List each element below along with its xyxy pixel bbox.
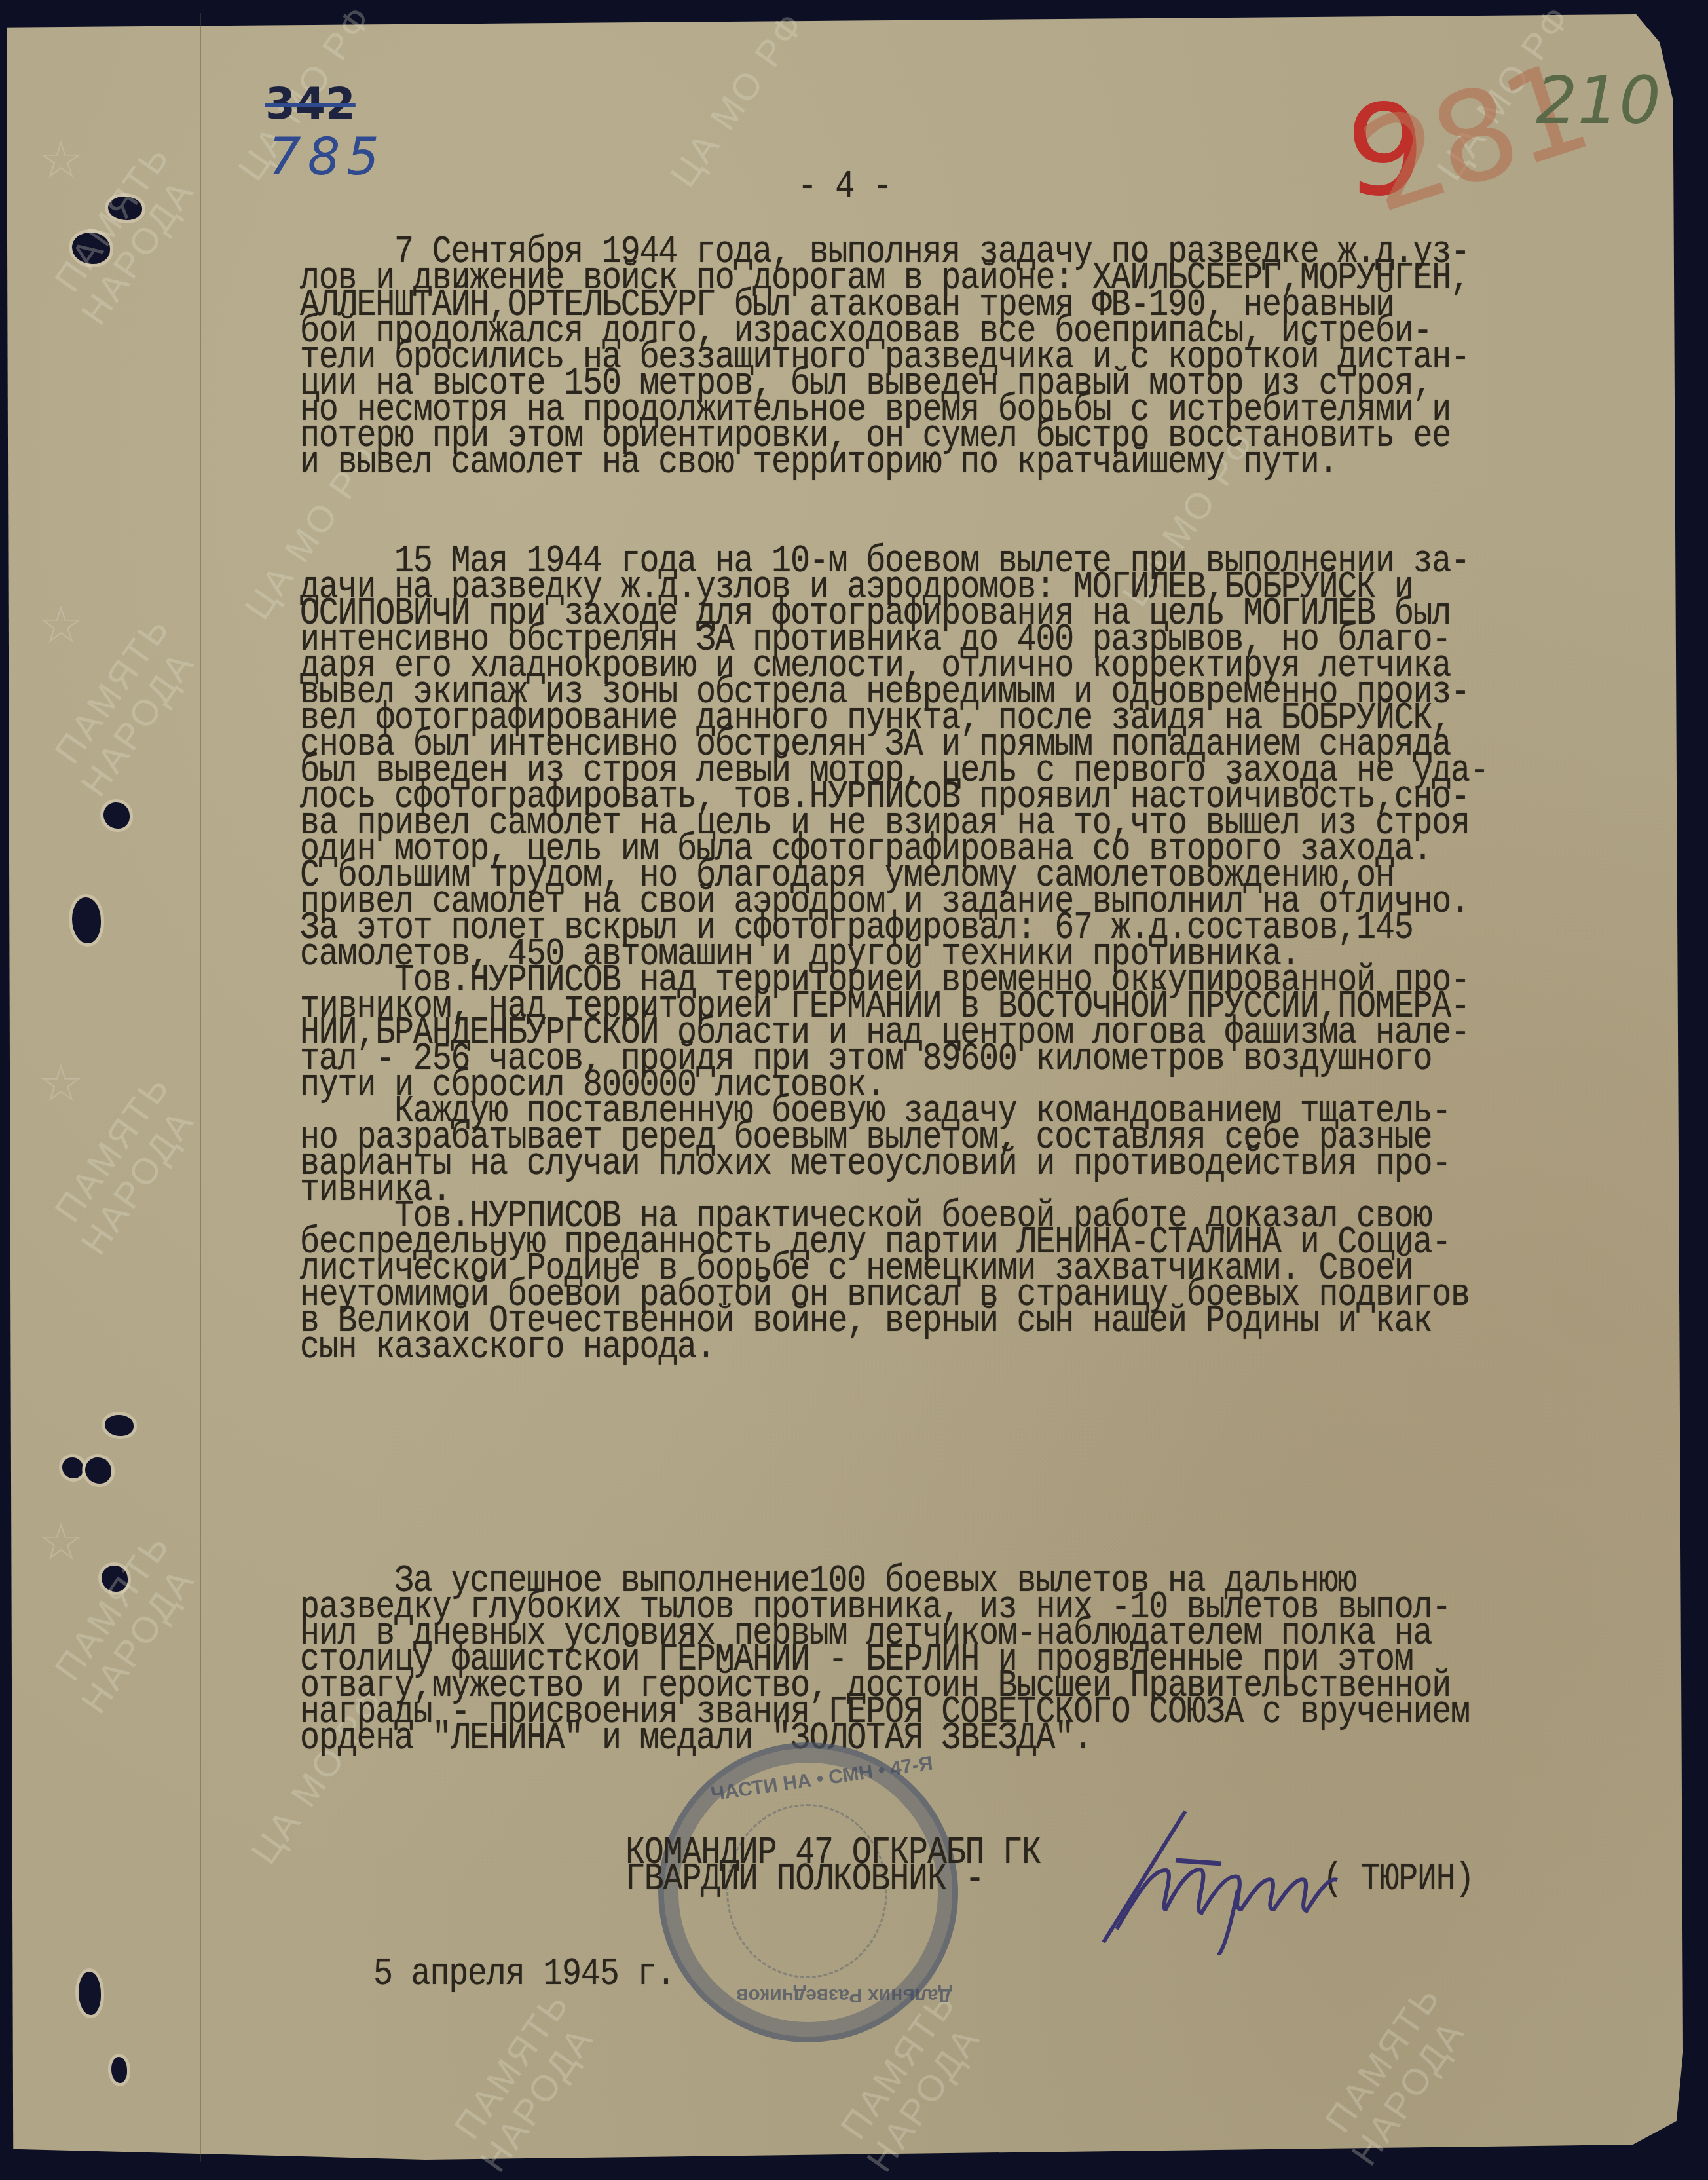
- binder-hole: [105, 1415, 134, 1436]
- text-line: ордена "ЛЕНИНА" и медали "ЗОЛОТАЯ ЗВЕЗДА…: [300, 1720, 1092, 1758]
- binder-hole: [85, 1457, 111, 1484]
- star-watermark-icon: ☆: [39, 1035, 83, 1124]
- star-watermark-icon: ☆: [39, 111, 83, 200]
- binder-hole: [72, 233, 110, 264]
- text-line: и вывел самолет на свою территорию по кр…: [300, 443, 1337, 482]
- document-date: 5 апреля 1945 г.: [373, 1955, 675, 1994]
- binder-hole: [79, 1972, 101, 2015]
- stamp-top-text: ЧАСТИ НА • СМН • 47-Я: [709, 1752, 934, 1805]
- binder-hole: [108, 197, 142, 220]
- binder-hole: [72, 897, 101, 943]
- sheet-number: 785: [269, 128, 386, 187]
- text-line: варианты на случай плохих метеоусловий и…: [300, 1145, 1451, 1184]
- binder-hole: [62, 1457, 83, 1478]
- page-number: - 4 -: [760, 129, 892, 206]
- binder-hole: [103, 802, 130, 829]
- text-line: сын казахского народа.: [300, 1328, 715, 1367]
- binder-hole: [111, 2057, 127, 2083]
- binder-hole: [102, 1566, 128, 1592]
- stamp-bottom-text: Дальних Разведчиков: [736, 1984, 952, 2006]
- signature-title-line2: ГВАРДИИ ПОЛКОВНИК -: [625, 1860, 984, 1899]
- margin-fold-line: [200, 13, 201, 2162]
- star-watermark-icon: ☆: [39, 1494, 83, 1583]
- star-watermark-icon: ☆: [39, 576, 83, 666]
- green-pencil-number: 210: [1536, 62, 1661, 139]
- sheet-number-struck: 342: [265, 79, 356, 129]
- handwritten-signature: [1067, 1798, 1526, 1955]
